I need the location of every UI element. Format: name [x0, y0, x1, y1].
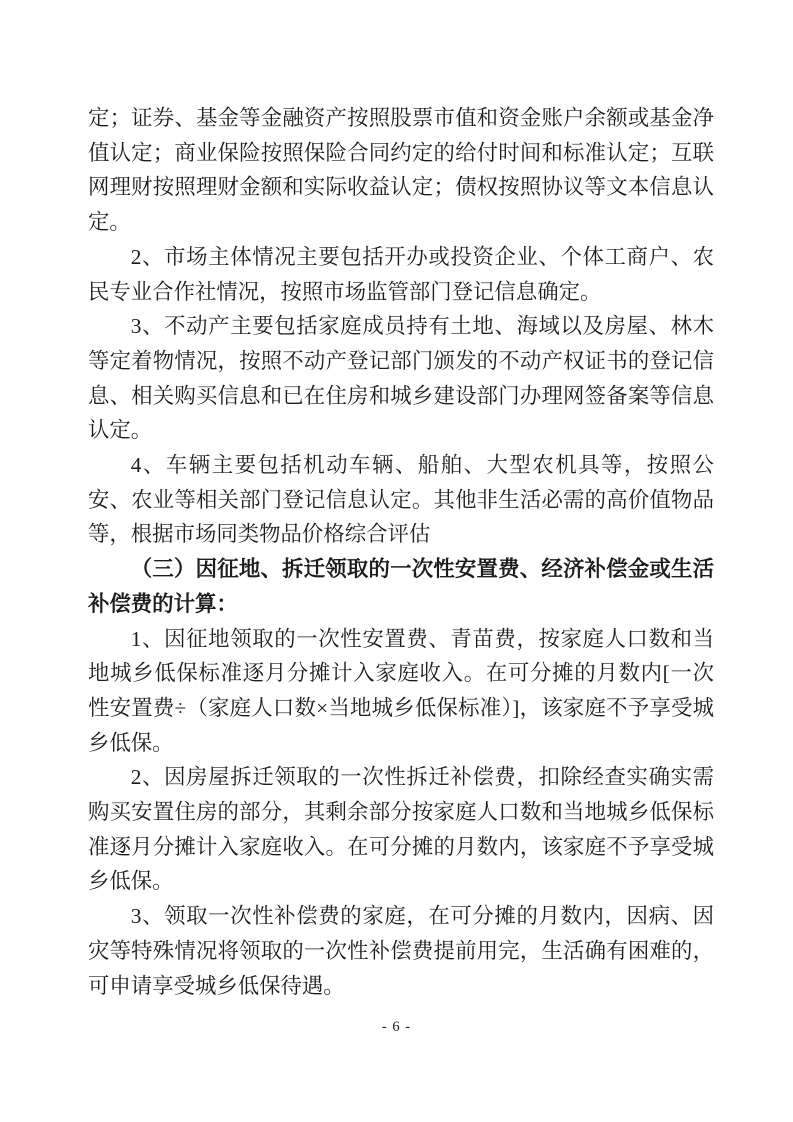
paragraph-lump-sum-compensation: 3、领取一次性补偿费的家庭，在可分摊的月数内，因病、因灾等特殊情况将领取的一次性…: [88, 899, 714, 1003]
paragraph-land-requisition: 1、因征地领取的一次性安置费、青苗费，按家庭人口数和当地城乡低保标准逐月分摊计入…: [88, 622, 714, 761]
paragraph-house-demolition: 2、因房屋拆迁领取的一次性拆迁补偿费，扣除经查实确实需购买安置住房的部分，其剩余…: [88, 760, 714, 899]
paragraph-real-estate: 3、不动产主要包括家庭成员持有土地、海域以及房屋、林木等定着物情况，按照不动产登…: [88, 309, 714, 448]
document-body: 定；证券、基金等金融资产按照股票市值和资金账户余额或基金净值认定；商业保险按照保…: [88, 101, 714, 1003]
document-page: 定；证券、基金等金融资产按照股票市值和资金账户余额或基金净值认定；商业保险按照保…: [0, 0, 793, 1122]
paragraph-market-entities: 2、市场主体情况主要包括开办或投资企业、个体工商户、农民专业合作社情况，按照市场…: [88, 240, 714, 309]
paragraph-vehicles: 4、车辆主要包括机动车辆、船舶、大型农机具等，按照公安、农业等相关部门登记信息认…: [88, 448, 714, 552]
paragraph-financial-assets: 定；证券、基金等金融资产按照股票市值和资金账户余额或基金净值认定；商业保险按照保…: [88, 101, 714, 240]
page-number: - 6 -: [0, 1019, 793, 1036]
section-heading-compensation: （三）因征地、拆迁领取的一次性安置费、经济补偿金或生活补偿费的计算：: [88, 552, 714, 621]
